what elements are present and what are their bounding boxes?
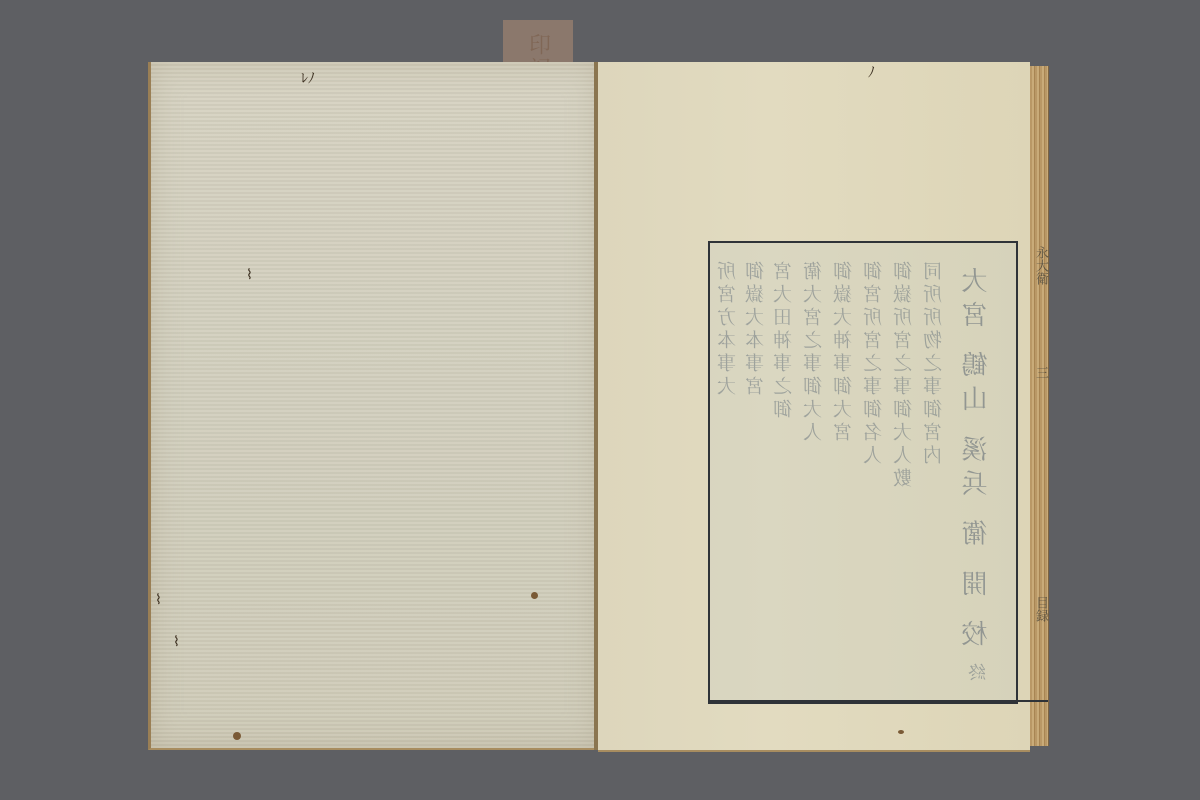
paper-texture	[151, 62, 597, 748]
text-column: 宮大田神事之御	[770, 261, 798, 682]
open-book: ﾚﾉ ⌇ ⌇ ⌇ ﾉ 永大衛 三 目録 大宮 鶴山 溪兵 衛 開 校 同所所物之…	[148, 62, 1048, 750]
fore-edge-label: 目録	[1031, 596, 1047, 622]
text-column: 御嶽大本事宮	[742, 261, 770, 682]
text-column: 御嶽大神事御大宮	[830, 261, 858, 682]
stain-spot	[898, 730, 904, 734]
page-mark: 終	[965, 663, 993, 685]
fore-edge: 永大衛 三 目録	[1030, 66, 1049, 746]
frame-border-right	[1016, 241, 1018, 702]
text-column: 御宮所宮之事御名人	[860, 261, 888, 682]
left-page-blank: ﾚﾉ ⌇ ⌇ ⌇	[148, 62, 597, 750]
fore-edge-label: 永大衛	[1031, 246, 1047, 285]
stain-spot	[531, 592, 538, 599]
stain-spot	[233, 732, 241, 740]
text-column: 衛大宮之事御大人	[800, 261, 828, 682]
fore-edge-label: 三	[1031, 366, 1047, 379]
text-column: 同所所物之事御宮内	[920, 261, 948, 682]
title-showthrough: 大宮 鶴山 溪兵 衛 開 校	[958, 267, 995, 654]
wormhole-mark: ⌇	[173, 634, 180, 650]
wormhole-mark: ﾉ	[868, 62, 875, 82]
printed-frame: 大宮 鶴山 溪兵 衛 開 校 同所所物之事御宮内 御嶽所宮之事御大人數 御宮所宮…	[708, 241, 1018, 704]
text-column: 所宮方本事大	[714, 261, 742, 682]
wormhole-mark: ﾚﾉ	[301, 68, 315, 88]
text-column: 御嶽所宮之事御大人數	[890, 261, 918, 682]
wormhole-mark: ⌇	[155, 592, 162, 608]
wormhole-mark: ⌇	[246, 267, 253, 283]
frame-border-bottom	[708, 700, 1048, 702]
